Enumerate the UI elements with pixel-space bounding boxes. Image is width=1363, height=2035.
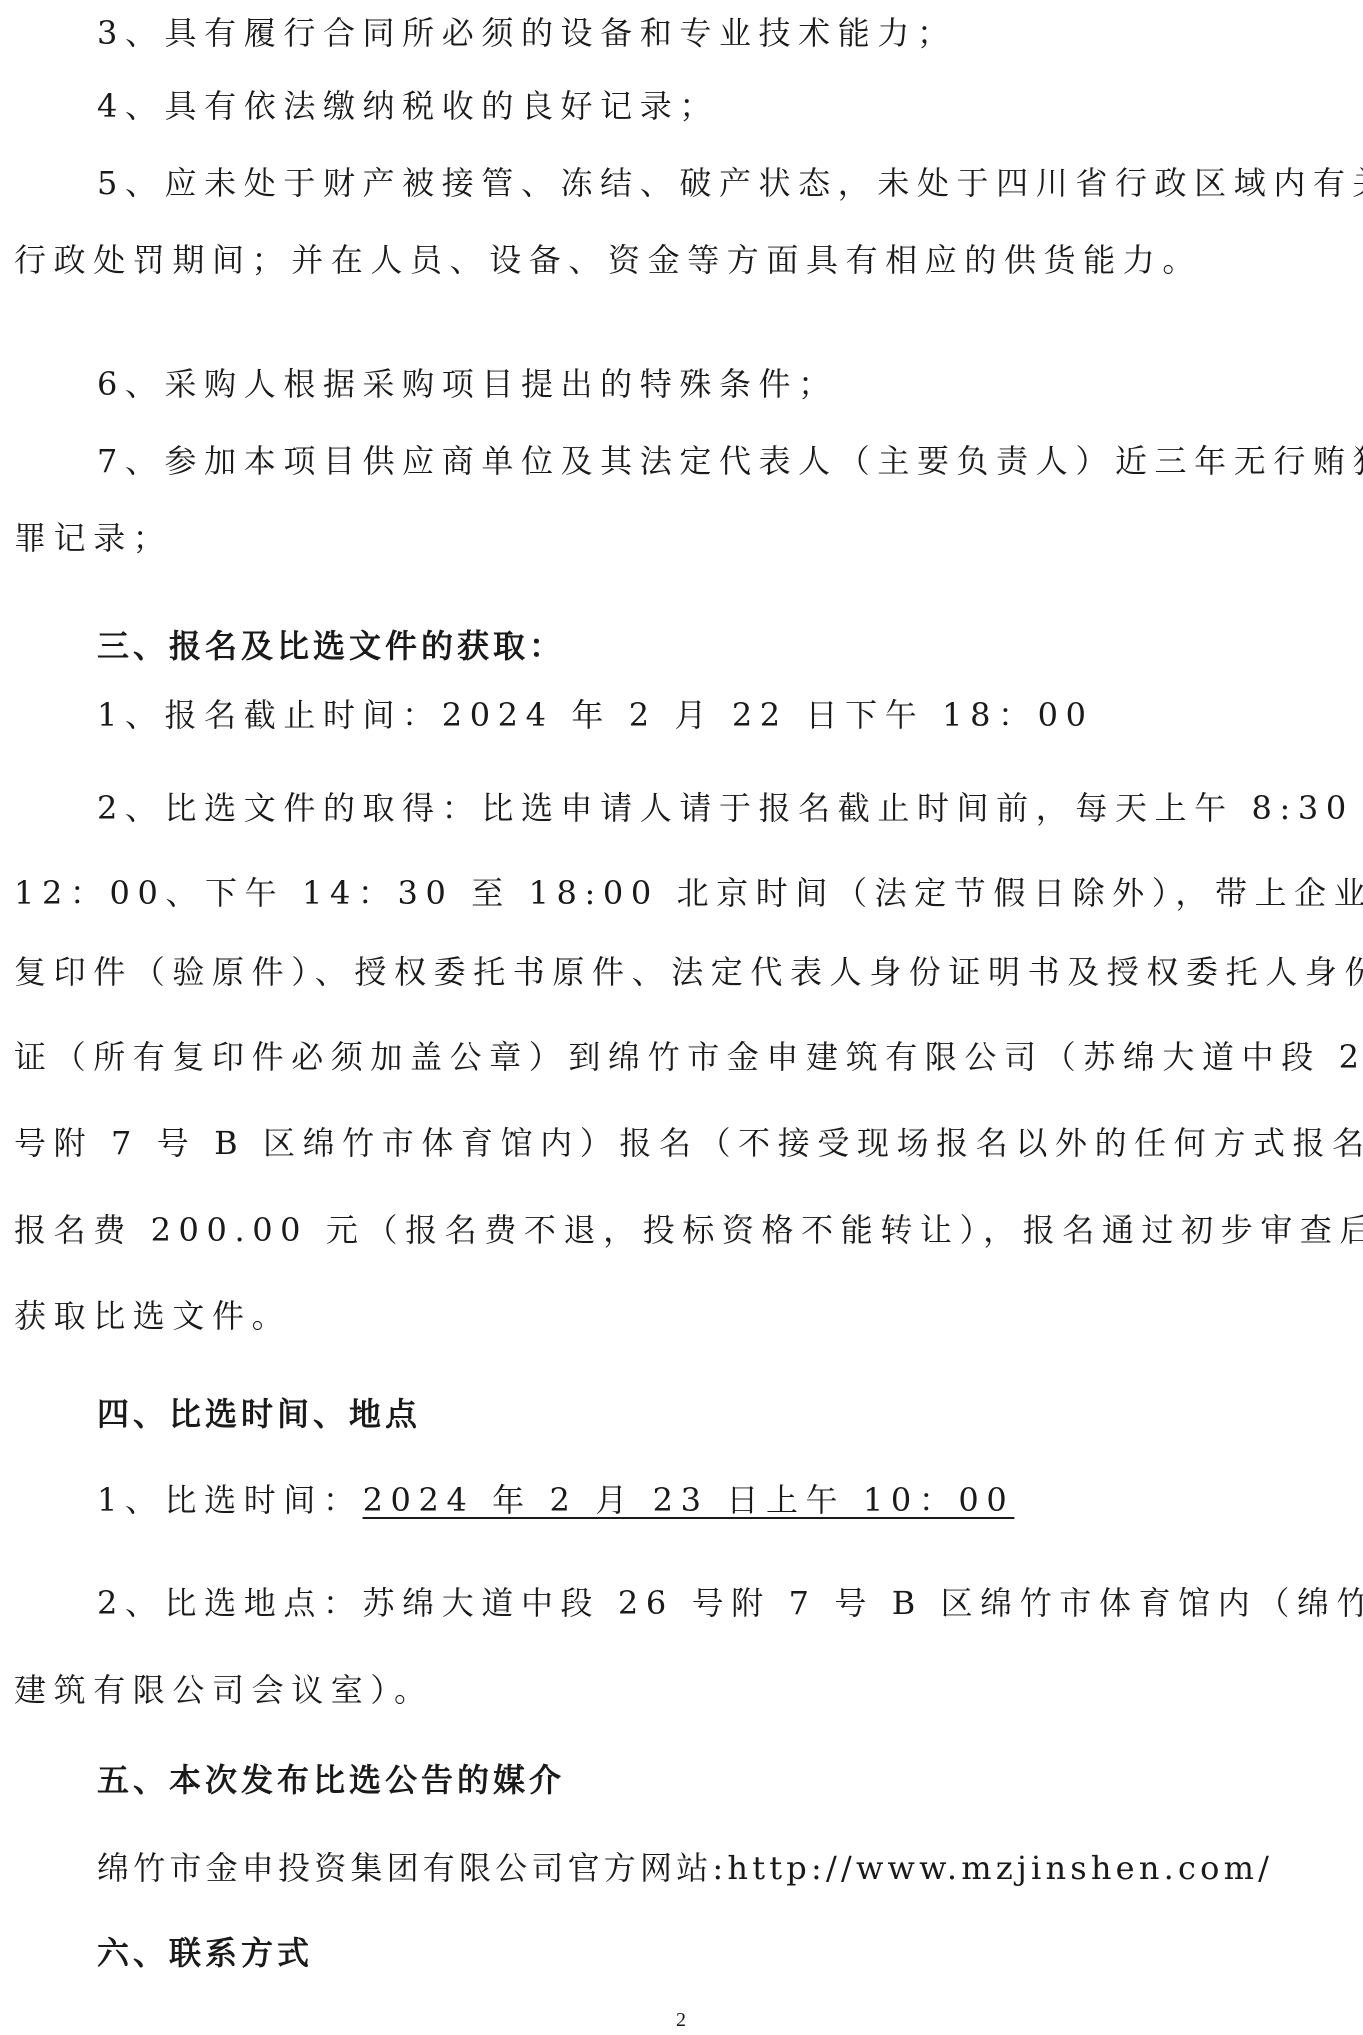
section-3-heading: 三、报名及比选文件的获取： bbox=[97, 626, 565, 666]
requirement-7-line2: 罪记录； bbox=[14, 518, 172, 558]
media-website: 绵竹市金申投资集团有限公司官方网站:http://www.mzjinshen.c… bbox=[97, 1848, 1273, 1888]
requirement-5-line1: 5、应未处于财产被接管、冻结、破产状态，未处于四川省行政区域内有关 bbox=[97, 163, 1363, 203]
requirement-5-line2: 行政处罚期间；并在人员、设备、资金等方面具有相应的供货能力。 bbox=[14, 240, 1202, 280]
requirement-6: 6、采购人根据采购项目提出的特殊条件； bbox=[97, 364, 838, 404]
selection-time-value: 2024 年 2 月 23 日上午 10：00 bbox=[363, 1481, 1015, 1519]
requirement-7-line1: 7、参加本项目供应商单位及其法定代表人（主要负责人）近三年无行贿犯 bbox=[97, 441, 1363, 481]
requirement-3: 3、具有履行合同所必须的设备和专业技术能力； bbox=[97, 13, 957, 53]
selection-time-label: 1、比选时间： bbox=[97, 1481, 363, 1519]
selection-location-line2: 建筑有限公司会议室）。 bbox=[14, 1670, 434, 1710]
section-5-heading: 五、本次发布比选公告的媒介 bbox=[97, 1760, 565, 1800]
registration-deadline: 1、报名截止时间：2024 年 2 月 22 日下午 18：00 bbox=[97, 695, 1094, 735]
section-6-heading: 六、联系方式 bbox=[97, 1933, 313, 1973]
document-acquisition-line4: 证（所有复印件必须加盖公章）到绵竹市金申建筑有限公司（苏绵大道中段 26 bbox=[14, 1037, 1363, 1077]
requirement-4: 4、具有依法缴纳税收的良好记录； bbox=[97, 86, 719, 126]
document-acquisition-line2: 12：00、下午 14：30 至 18:00 北京时间（法定节假日除外），带上企… bbox=[14, 873, 1363, 913]
section-4-heading: 四、比选时间、地点 bbox=[97, 1394, 421, 1434]
selection-time: 1、比选时间：2024 年 2 月 23 日上午 10：00 bbox=[97, 1480, 1014, 1520]
document-acquisition-line1: 2、比选文件的取得：比选申请人请于报名截止时间前，每天上午 8:30 至 bbox=[97, 788, 1363, 828]
page-number: 2 bbox=[676, 2008, 686, 2032]
document-acquisition-line7: 获取比选文件。 bbox=[14, 1296, 291, 1336]
document-acquisition-line5: 号附 7 号 B 区绵竹市体育馆内）报名（不接受现场报名以外的任何方式报名）， bbox=[14, 1123, 1363, 1163]
document-acquisition-line3: 复印件（验原件）、授权委托书原件、法定代表人身份证明书及授权委托人身份 bbox=[14, 952, 1363, 992]
document-acquisition-line6: 报名费 200.00 元（报名费不退，投标资格不能转让），报名通过初步审查后， bbox=[14, 1210, 1363, 1250]
selection-location-line1: 2、比选地点：苏绵大道中段 26 号附 7 号 B 区绵竹市体育馆内（绵竹市金申 bbox=[97, 1583, 1363, 1623]
